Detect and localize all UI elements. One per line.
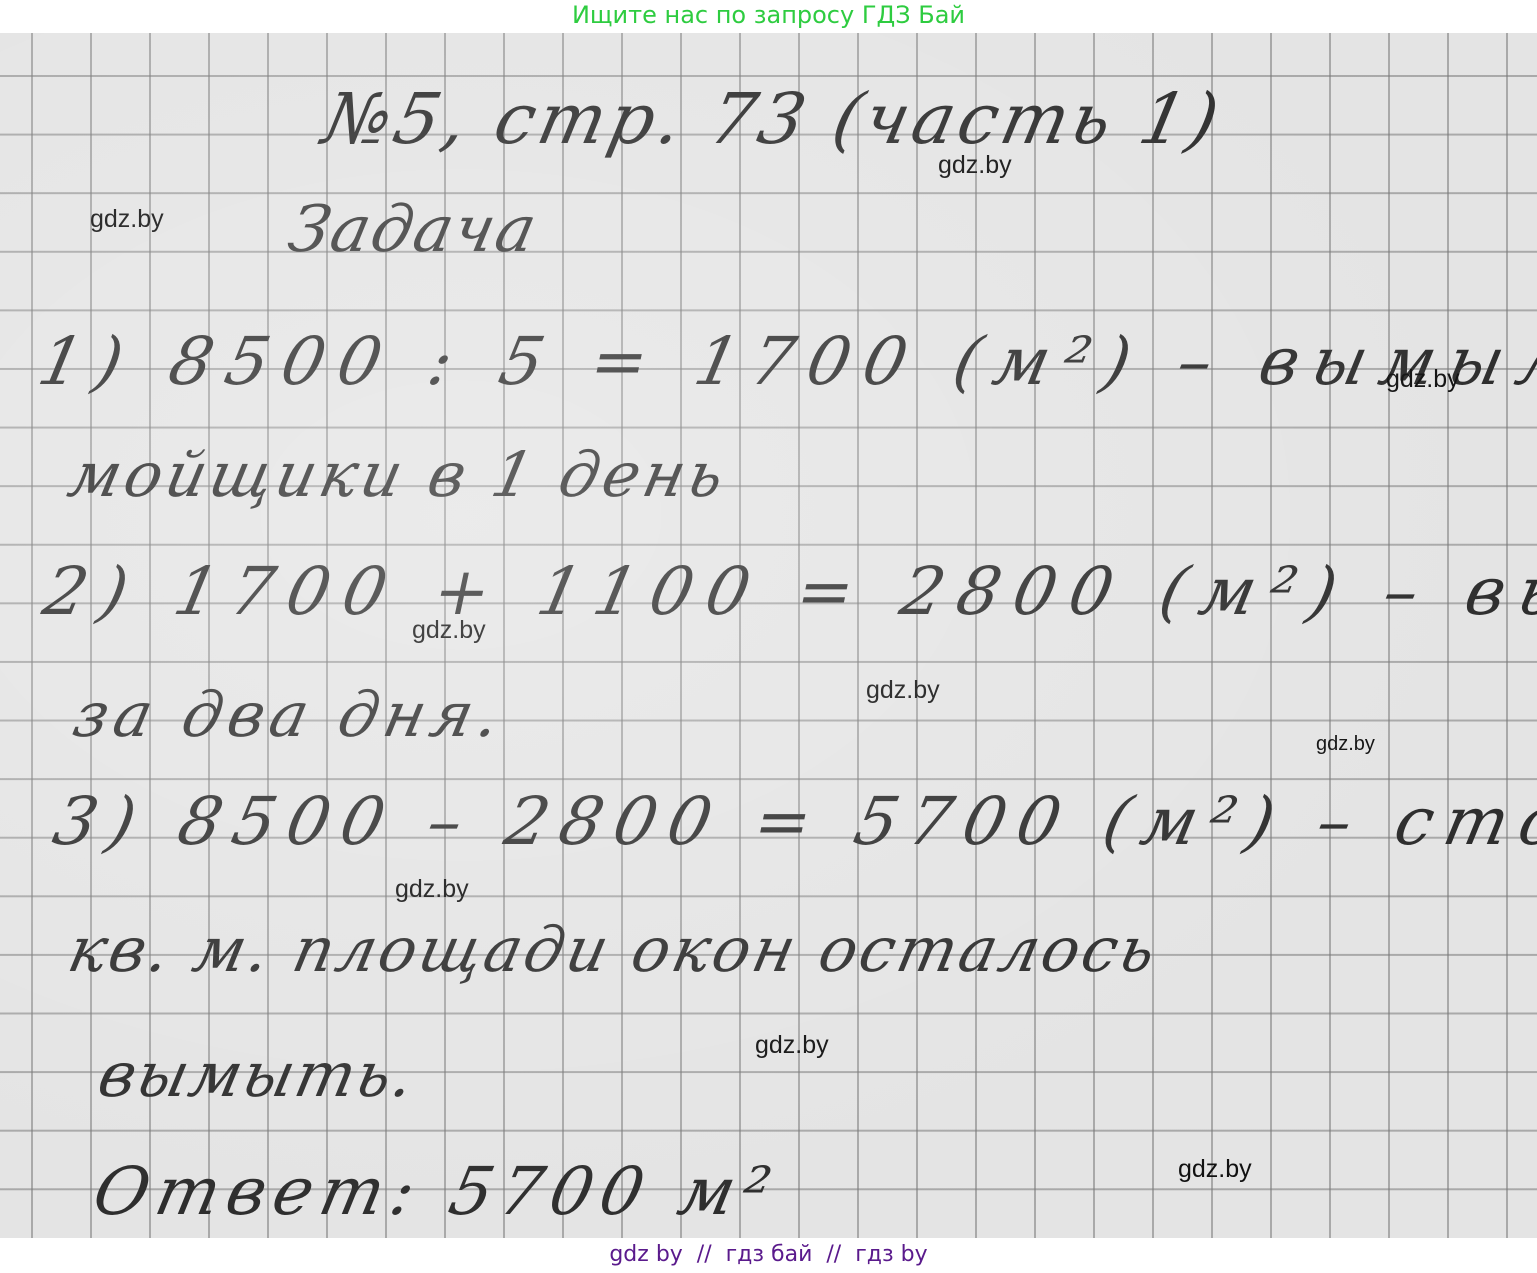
problem-heading: Задача bbox=[282, 193, 544, 267]
watermark: gdz.by bbox=[938, 151, 1012, 180]
answer: Ответ: 5700 м² bbox=[87, 1153, 785, 1230]
solution-step-2-cont: за два дня. bbox=[67, 678, 512, 751]
top-banner: Ищите нас по запросу ГДЗ Бай bbox=[0, 0, 1537, 33]
watermark: gdz.by bbox=[412, 616, 486, 645]
watermark: gdz.by bbox=[395, 875, 469, 904]
bottom-banner: gdz by // гдз бай // гдз by bbox=[0, 1238, 1537, 1273]
solution-step-1: 1) 8500 : 5 = 1700 (м²) – вымыли bbox=[32, 323, 1537, 400]
solution-step-3-cont2: вымыть. bbox=[92, 1038, 422, 1111]
solution-step-2: 2) 1700 + 1100 = 2800 (м²) – вымыли bbox=[37, 553, 1537, 630]
watermark: gdz.by bbox=[755, 1031, 829, 1060]
watermark: gdz.by bbox=[1386, 365, 1460, 394]
watermark: gdz.by bbox=[90, 205, 164, 234]
solution-step-1-cont: мойщики в 1 день bbox=[62, 438, 734, 511]
solution-step-3-cont: кв. м. площади окон осталось bbox=[62, 913, 1165, 986]
watermark: gdz.by bbox=[1178, 1155, 1252, 1184]
problem-title: №5, стр. 73 (часть 1) bbox=[316, 78, 1229, 160]
notebook-page: №5, стр. 73 (часть 1) Задача 1) 8500 : 5… bbox=[0, 33, 1537, 1238]
watermark: gdz.by bbox=[866, 676, 940, 705]
watermark: gdz.by bbox=[1316, 733, 1375, 756]
solution-step-3: 3) 8500 – 2800 = 5700 (м²) – столько bbox=[47, 783, 1537, 860]
